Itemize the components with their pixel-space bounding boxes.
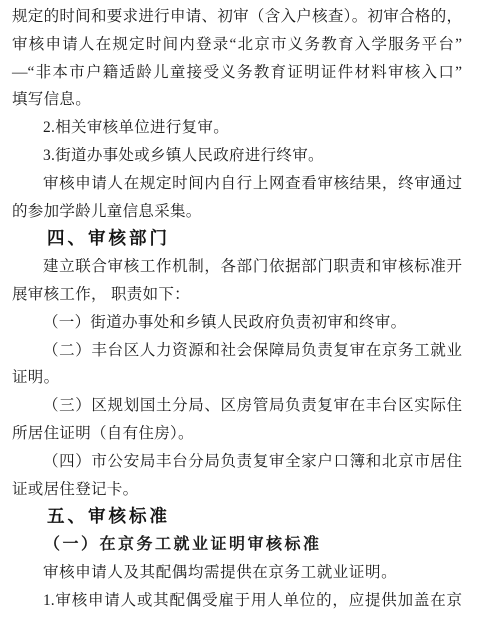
section-heading-audit-departments: 四、审核部门 — [12, 225, 462, 253]
section-heading-audit-standards: 五、审核标准 — [12, 503, 462, 531]
document-text-block: 规定的时间和要求进行申请、初审（含入户核查）。初审合格的， 审核申请人在规定时间… — [12, 3, 462, 615]
doc-line: 规定的时间和要求进行申请、初审（含入户核查）。初审合格的， — [12, 3, 462, 31]
doc-line-item-2: 2.相关审核单位进行复审。 — [12, 114, 462, 142]
doc-line: 证或居住登记卡。 — [12, 476, 462, 504]
doc-line: 填写信息。 — [12, 86, 462, 114]
doc-line-item-yi: （一）街道办事处和乡镇人民政府负责初审和终审。 — [12, 309, 462, 337]
subsection-heading-employment-proof: （一）在京务工就业证明审核标准 — [12, 531, 462, 559]
doc-line-item-er: （二）丰台区人力资源和社会保障局负责复审在京务工就业 — [12, 337, 462, 365]
doc-line: 所居住证明（自有住房）。 — [12, 420, 462, 448]
doc-line: 展审核工作， 职责如下： — [12, 281, 462, 309]
document-page: 规定的时间和要求进行申请、初审（含入户核查）。初审合格的， 审核申请人在规定时间… — [0, 0, 500, 639]
doc-line: 审核申请人及其配偶均需提供在京务工就业证明。 — [12, 559, 462, 587]
doc-line: 证明。 — [12, 364, 462, 392]
doc-line: 的参加学龄儿童信息采集。 — [12, 198, 462, 226]
doc-line-item-san: （三）区规划国土分局、区房管局负责复审在丰台区实际住 — [12, 392, 462, 420]
doc-line-item-3: 3.街道办事处或乡镇人民政府进行终审。 — [12, 142, 462, 170]
doc-line: —“非本市户籍适龄儿童接受义务教育证明证件材料审核入口” — [12, 59, 462, 87]
doc-line-item-1: 1.审核申请人或其配偶受雇于用人单位的，应提供加盖在京 — [12, 587, 462, 615]
doc-line: 审核申请人在规定时间内登录“北京市义务教育入学服务平台” — [12, 31, 462, 59]
doc-line: 审核申请人在规定时间内自行上网查看审核结果，终审通过 — [12, 170, 462, 198]
doc-line-item-si: （四）市公安局丰台分局负责复审全家户口簿和北京市居住 — [12, 448, 462, 476]
doc-line: 建立联合审核工作机制，各部门依据部门职责和审核标准开 — [12, 253, 462, 281]
